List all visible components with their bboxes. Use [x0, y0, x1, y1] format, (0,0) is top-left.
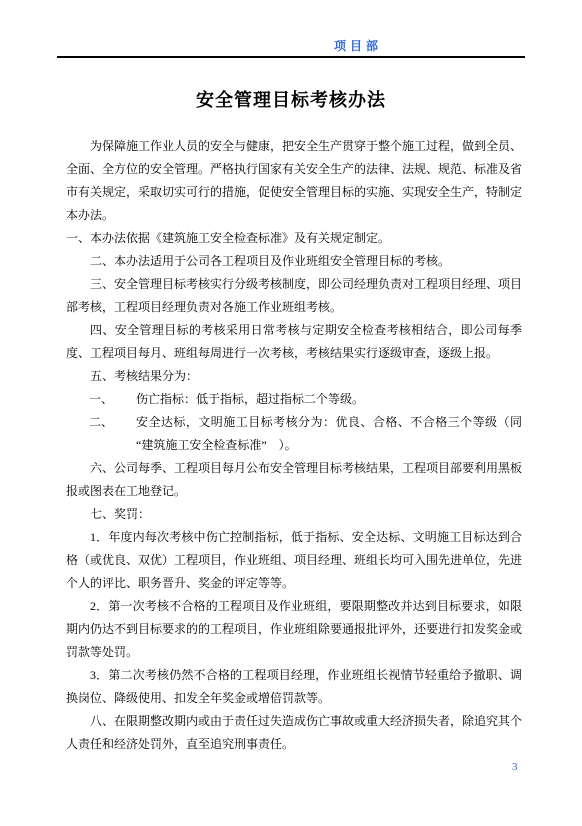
sub-item-2: 二、 安全达标，文明施工目标考核分为：优良、合格、不合格三个等级（同“建筑施工安…: [66, 411, 522, 457]
sub-item-2-number: 二、: [89, 411, 113, 434]
numbered-item-3: 3．第二次考核仍然不合格的工程项目经理，作业班组长视情节轻重给予撤职、调换岗位、…: [66, 664, 522, 710]
sub-item-1: 一、 伤亡指标：低于指标，超过指标二个等级。: [66, 388, 522, 411]
numbered-item-1: 1．年度内每次考核中伤亡控制指标，低于指标、安全达标、文明施工目标达到合格（或优…: [66, 526, 522, 595]
page-number: 3: [512, 761, 518, 773]
list-item-4: 四、安全管理目标的考核采用日常考核与定期安全检查考核相结合，即公司每季度、工程项…: [66, 319, 522, 365]
sub-item-1-text: 伤亡指标：低于指标，超过指标二个等级。: [136, 392, 364, 406]
sub-item-1-number: 一、: [89, 388, 113, 411]
document-page: 项目部 安全管理目标考核办法 为保障施工作业人员的安全与健康，把安全生产贯穿于整…: [0, 0, 582, 826]
intro-paragraph: 为保障施工作业人员的安全与健康，把安全生产贯穿于整个施工过程，做到全员、全面、全…: [66, 135, 522, 227]
list-item-3: 三、安全管理目标考核实行分级考核制度，即公司经理负责对工程项目经理、项目部考核，…: [66, 273, 522, 319]
sub-item-2-text: 安全达标，文明施工目标考核分为：优良、合格、不合格三个等级（同“建筑施工安全检查…: [136, 415, 522, 452]
list-item-2: 二、本办法适用于公司各工程项目及作业班组安全管理目标的考核。: [66, 250, 522, 273]
header-divider: [57, 56, 525, 58]
list-item-6: 六、公司每季、工程项目每月公布安全管理目标考核结果，工程项目部要利用黑板报或图表…: [66, 457, 522, 503]
header-label: 项目部: [334, 37, 382, 54]
page-title: 安全管理目标考核办法: [0, 86, 582, 112]
numbered-item-2: 2．第一次考核不合格的工程项目及作业班组，要限期整改并达到目标要求，如限期内仍达…: [66, 595, 522, 664]
list-item-8: 八、在限期整改期内或由于责任过失造成伤亡事故或重大经济损失者，除追究其个人责任和…: [66, 710, 522, 756]
list-item-7: 七、奖罚：: [66, 503, 522, 526]
list-item-5: 五、考核结果分为：: [66, 365, 522, 388]
document-body: 为保障施工作业人员的安全与健康，把安全生产贯穿于整个施工过程，做到全员、全面、全…: [66, 135, 522, 756]
list-item-1: 一、本办法依据《建筑施工安全检查标准》及有关规定制定。: [66, 227, 522, 250]
